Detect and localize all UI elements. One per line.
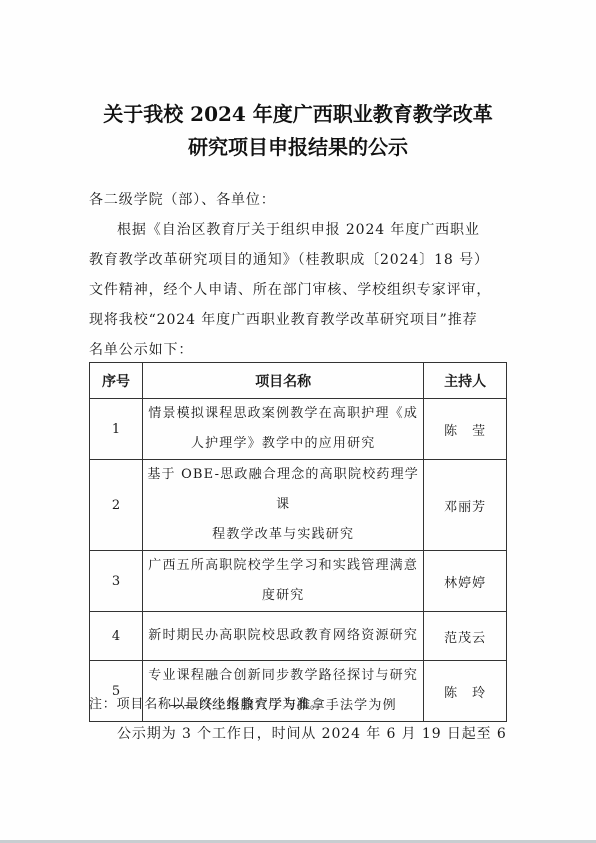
closing-line: 公示期为 3 个工作日，时间从 2024 年 6 月 19 日起至 6 bbox=[117, 723, 507, 743]
table-row: 5 专业课程融合创新同步教学路径探讨与研究——以经络腧穴学与推拿手法学为例 陈 … bbox=[90, 661, 507, 722]
table-note: 注：项目名称以最终上报教育厅为准。 bbox=[89, 693, 324, 712]
body-line-2: 教育教学改革研究项目的通知》（桂教职成〔2024〕18 号） bbox=[89, 249, 509, 269]
header-host: 主持人 bbox=[424, 363, 507, 399]
project-name-line-2: 程教学改革与实践研究 bbox=[147, 520, 419, 550]
header-number: 序号 bbox=[90, 363, 143, 399]
header-project-name: 项目名称 bbox=[143, 363, 424, 399]
row-host: 范茂云 bbox=[424, 612, 507, 661]
row-project-name: 基于 OBE-思政融合理念的高职院校药理学课程教学改革与实践研究 bbox=[143, 460, 424, 551]
body-line-4: 现将我校“2024 年度广西职业教育教学改革研究项目”推荐 bbox=[89, 309, 509, 329]
row-host: 林婷婷 bbox=[424, 551, 507, 612]
document-page: 关于我校 2024 年度广西职业教育教学改革 研究项目申报结果的公示 各二级学院… bbox=[0, 0, 596, 840]
table-row: 4 新时期民办高职院校思政教育网络资源研究 范茂云 bbox=[90, 612, 507, 661]
row-project-name: 情景模拟课程思政案例教学在高职护理《成人护理学》教学中的应用研究 bbox=[143, 399, 424, 460]
project-name-line-1: 广西五所高职院校学生学习和实践管理满意 bbox=[147, 551, 419, 581]
project-name-line-1: 情景模拟课程思政案例教学在高职护理《成 bbox=[147, 399, 419, 429]
table-row: 1 情景模拟课程思政案例教学在高职护理《成人护理学》教学中的应用研究 陈 莹 bbox=[90, 399, 507, 460]
project-table: 序号 项目名称 主持人 1 情景模拟课程思政案例教学在高职护理《成人护理学》教学… bbox=[89, 362, 507, 722]
row-number: 5 bbox=[90, 661, 143, 722]
project-name-line-2: 度研究 bbox=[147, 581, 419, 611]
document-title-line-2: 研究项目申报结果的公示 bbox=[0, 131, 596, 160]
body-line-5: 名单公示如下： bbox=[89, 339, 509, 359]
table-row: 3 广西五所高职院校学生学习和实践管理满意度研究 林婷婷 bbox=[90, 551, 507, 612]
body-line-3: 文件精神，经个人申请、所在部门审核、学校组织专家评审， bbox=[89, 279, 509, 299]
project-name-line-1: 新时期民办高职院校思政教育网络资源研究 bbox=[147, 621, 419, 651]
row-host: 陈 莹 bbox=[424, 399, 507, 460]
salutation: 各二级学院（部）、各单位： bbox=[89, 189, 509, 209]
table-header-row: 序号 项目名称 主持人 bbox=[90, 363, 507, 399]
row-number: 1 bbox=[90, 399, 143, 460]
row-number: 4 bbox=[90, 612, 143, 661]
row-project-name: 广西五所高职院校学生学习和实践管理满意度研究 bbox=[143, 551, 424, 612]
row-project-name: 新时期民办高职院校思政教育网络资源研究 bbox=[143, 612, 424, 661]
document-title-line-1: 关于我校 2024 年度广西职业教育教学改革 bbox=[0, 98, 596, 127]
row-host: 陈 玲 bbox=[424, 661, 507, 722]
project-name-line-2: 人护理学》教学中的应用研究 bbox=[147, 429, 419, 459]
row-host: 邓丽芳 bbox=[424, 460, 507, 551]
project-name-line-1: 专业课程融合创新同步教学路径探讨与研究 bbox=[147, 661, 419, 691]
row-project-name: 专业课程融合创新同步教学路径探讨与研究——以经络腧穴学与推拿手法学为例 bbox=[143, 661, 424, 722]
body-line-1: 根据《自治区教育厅关于组织申报 2024 年度广西职业 bbox=[117, 219, 537, 239]
project-name-line-1: 基于 OBE-思政融合理念的高职院校药理学课 bbox=[147, 460, 419, 520]
row-number: 3 bbox=[90, 551, 143, 612]
table-row: 2 基于 OBE-思政融合理念的高职院校药理学课程教学改革与实践研究 邓丽芳 bbox=[90, 460, 507, 551]
row-number: 2 bbox=[90, 460, 143, 551]
